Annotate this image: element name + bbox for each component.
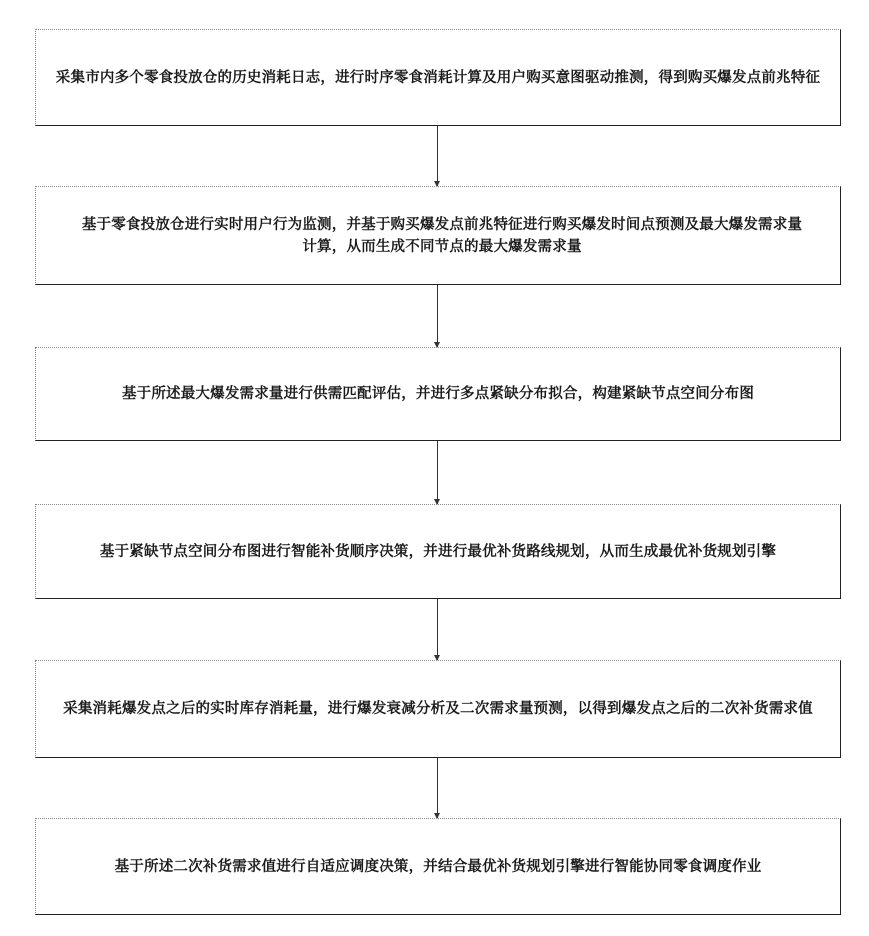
step-box-3: 基于所述最大爆发需求量进行供需匹配评估，并进行多点紧缺分布拟合，构建紧缺节点空间… [35,347,841,441]
step-box-2: 基于零食投放仓进行实时用户行为监测，并基于购买爆发点前兆特征进行购买爆发时间点预… [35,186,841,285]
step-text-2: 基于零食投放仓进行实时用户行为监测，并基于购买爆发点前兆特征进行购买爆发时间点预… [42,214,834,258]
step-text-3: 基于所述最大爆发需求量进行供需匹配评估，并进行多点紧缺分布拟合，构建紧缺节点空间… [122,383,754,405]
arrow-4-to-5 [437,599,438,660]
step-text-4: 基于紧缺节点空间分布图进行智能补货顺序决策，并进行最优补货路线规划，从而生成最优… [100,541,776,563]
step-text-6: 基于所述二次补货需求值进行自适应调度决策，并结合最优补货规划引擎进行智能协同零食… [115,856,762,878]
arrow-5-to-6 [437,758,438,818]
step-text-1: 采集市内多个零食投放仓的历史消耗日志，进行时序零食消耗计算及用户购买意图驱动推测… [56,67,820,89]
arrow-1-to-2 [437,126,438,186]
step-box-6: 基于所述二次补货需求值进行自适应调度决策，并结合最优补货规划引擎进行智能协同零食… [35,818,841,915]
arrow-3-to-4 [437,441,438,504]
arrow-2-to-3 [437,285,438,347]
step-box-1: 采集市内多个零食投放仓的历史消耗日志，进行时序零食消耗计算及用户购买意图驱动推测… [35,29,841,126]
step-box-4: 基于紧缺节点空间分布图进行智能补货顺序决策，并进行最优补货路线规划，从而生成最优… [35,504,841,599]
step-text-5: 采集消耗爆发点之后的实时库存消耗量，进行爆发衰减分析及二次需求量预测，以得到爆发… [63,698,813,720]
step-box-5: 采集消耗爆发点之后的实时库存消耗量，进行爆发衰减分析及二次需求量预测，以得到爆发… [35,660,841,758]
